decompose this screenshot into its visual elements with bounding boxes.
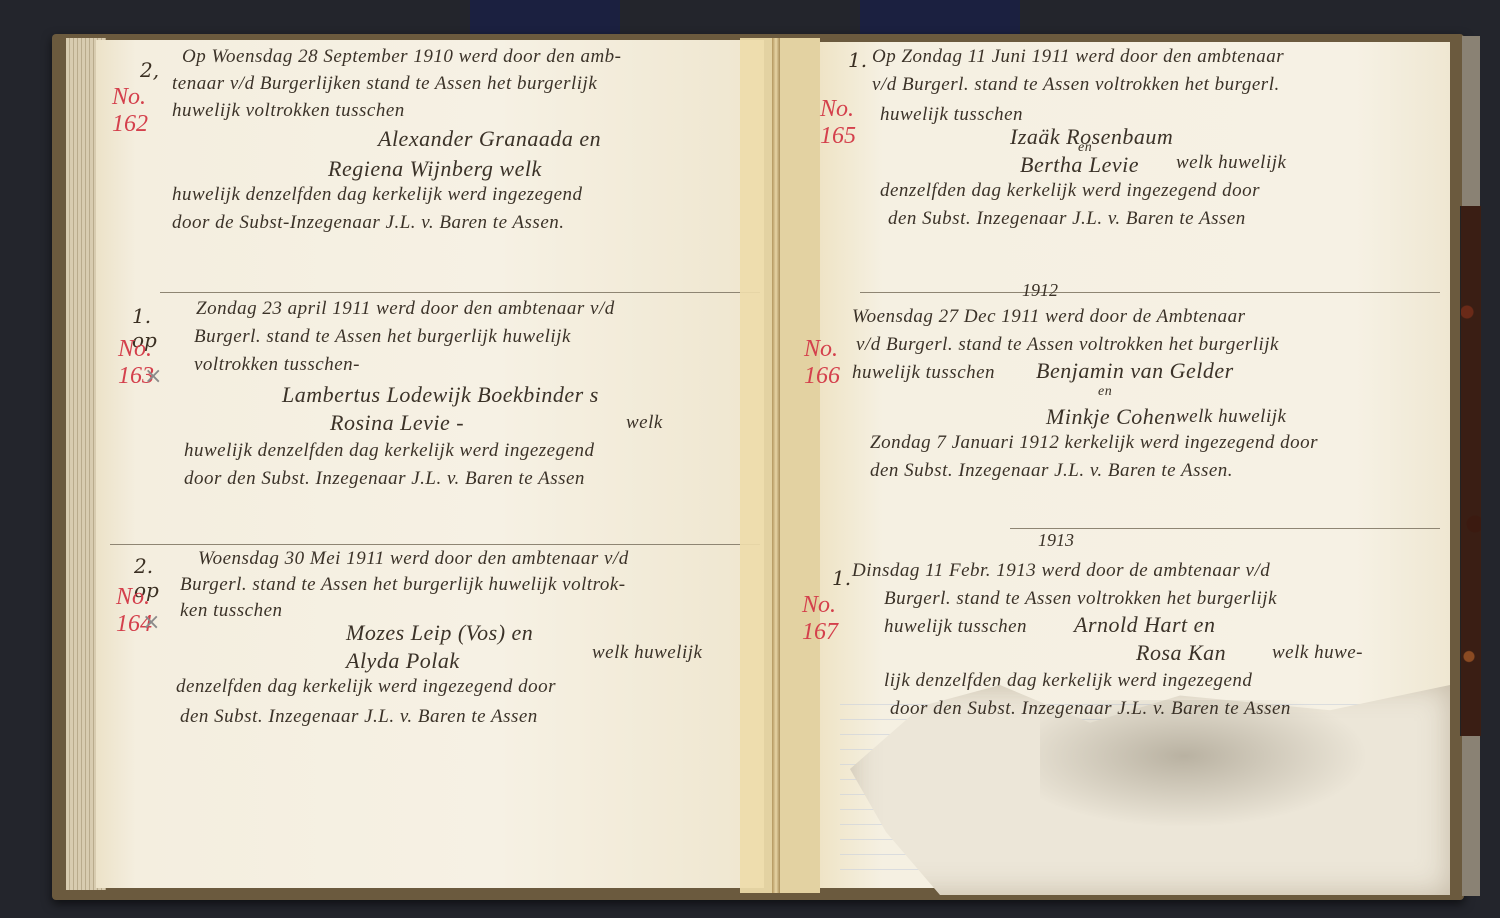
connector-text: en (1098, 384, 1112, 400)
entry-text-line: tenaar v/d Burgerlijken stand te Assen h… (172, 73, 597, 95)
entry-number: 2, (140, 58, 159, 82)
cover-corner-cloth (1462, 36, 1480, 208)
entry-text-line: Burgerl. stand te Assen voltrokken het b… (884, 588, 1277, 610)
stain (1040, 700, 1400, 840)
bride-name: Rosa Kan (1136, 640, 1226, 666)
entry-text-line: welk huwelijk (1176, 406, 1286, 428)
entry-text-line: den Subst. Inzegenaar J.L. v. Baren te A… (870, 460, 1233, 482)
register-number: No. 162 (112, 84, 148, 138)
entry-text-line: Dinsdag 11 Febr. 1913 werd door de ambte… (852, 560, 1270, 582)
spine-gutter (772, 38, 780, 893)
entry-text-line: huwelijk tusschen (880, 104, 1023, 126)
entry-text-line: lijk denzelfden dag kerkelijk werd ingez… (884, 670, 1252, 692)
groom-name: Alexander Granaada en (378, 126, 601, 152)
year-heading: 1912 (1022, 280, 1058, 301)
entry-text-line: v/d Burgerl. stand te Assen voltrokken h… (872, 74, 1280, 96)
entry-text-line: den Subst. Inzegenaar J.L. v. Baren te A… (180, 706, 538, 728)
entry-text-line: Zondag 7 Januari 1912 kerkelijk werd ing… (870, 432, 1318, 454)
entry-text-line: Burgerl. stand te Assen het burgerlijk h… (194, 326, 571, 348)
entry-separator (160, 292, 760, 293)
entry-text-line: huwelijk denzelfden dag kerkelijk werd i… (172, 184, 583, 206)
entry-text-line: Zondag 23 april 1911 werd door den ambte… (196, 298, 615, 320)
entry-text-line: huwelijk voltrokken tusschen (172, 100, 405, 122)
entry-text-line: voltrokken tusschen- (194, 354, 360, 376)
cover-corner-cloth (1462, 736, 1480, 896)
entry-text-line: huwelijk tusschen (852, 362, 995, 384)
groom-name: Arnold Hart en (1074, 612, 1215, 638)
entry-text-line: huwelijk tusschen (884, 616, 1027, 638)
register-number: No. 167 (802, 592, 838, 646)
groom-name: Mozes Leip (Vos) en (346, 620, 533, 646)
entry-text-line: Op Woensdag 28 September 1910 werd door … (182, 46, 622, 68)
bride-name: Minkje Cohen (1046, 404, 1176, 430)
register-number: No. 166 (804, 336, 840, 390)
cover-marbled-board (1460, 206, 1481, 736)
spine-tape-right (780, 38, 820, 893)
entry-text-line: huwelijk denzelfden dag kerkelijk werd i… (184, 440, 595, 462)
bride-name: Regiena Wijnberg welk (328, 156, 542, 182)
entry-text-line: welk huwelijk (592, 642, 702, 664)
entry-number: 1. (848, 48, 867, 72)
bride-name: Bertha Levie (1020, 152, 1139, 178)
cross-mark: × (142, 610, 160, 635)
entry-number: 1. (832, 566, 851, 590)
groom-name: Lambertus Lodewijk Boekbinder s (282, 382, 599, 408)
entry-text-line: Woensdag 30 Mei 1911 werd door den ambte… (198, 548, 629, 570)
groom-name: Benjamin van Gelder (1036, 358, 1234, 384)
year-heading: 1913 (1038, 530, 1074, 551)
register-number: No. 165 (820, 96, 856, 150)
entry-text-line: v/d Burgerl. stand te Assen voltrokken h… (856, 334, 1279, 356)
cross-mark: × (144, 364, 162, 389)
entry-separator (860, 292, 1440, 293)
entry-text-line: welk (626, 412, 663, 434)
entry-text-line: Op Zondag 11 Juni 1911 werd door den amb… (872, 46, 1284, 68)
entry-separator (1010, 528, 1440, 529)
entry-text-line: denzelfden dag kerkelijk werd ingezegend… (176, 676, 556, 698)
entry-text-line: ken tusschen (180, 600, 283, 622)
entry-text-line: door de Subst-Inzegenaar J.L. v. Baren t… (172, 212, 565, 234)
entry-text-line: Woensdag 27 Dec 1911 werd door de Ambten… (852, 306, 1246, 328)
entry-text-line: welk huwelijk (1176, 152, 1286, 174)
bride-name: Alyda Polak (346, 648, 460, 674)
entry-text-line: door den Subst. Inzegenaar J.L. v. Baren… (184, 468, 585, 490)
bride-name: Rosina Levie - (330, 410, 464, 436)
entry-text-line: denzelfden dag kerkelijk werd ingezegend… (880, 180, 1260, 202)
entry-text-line: welk huwe- (1272, 642, 1363, 664)
entry-separator (110, 544, 760, 545)
entry-text-line: den Subst. Inzegenaar J.L. v. Baren te A… (888, 208, 1246, 230)
entry-text-line: Burgerl. stand te Assen het burgerlijk h… (180, 574, 626, 596)
entry-text-line: door den Subst. Inzegenaar J.L. v. Baren… (890, 698, 1291, 720)
